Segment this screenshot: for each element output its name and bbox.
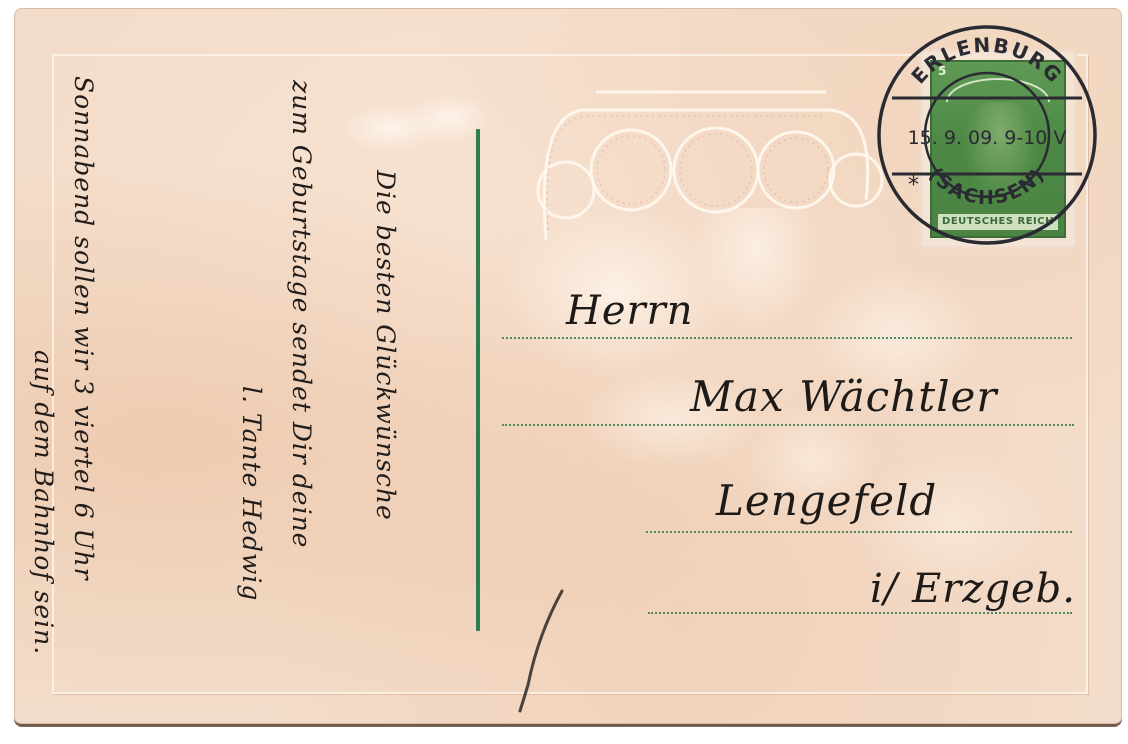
divider-line — [476, 129, 480, 631]
stamp-country-text: DEUTSCHES REICH — [938, 214, 1058, 230]
address-salutation: Herrn — [566, 288, 694, 334]
stamp-design: 5 DEUTSCHES REICH — [930, 60, 1066, 238]
address-line-4 — [648, 612, 1072, 614]
embossed-ornament — [526, 80, 886, 260]
address-line-1 — [502, 337, 1072, 339]
germania-figure-icon — [960, 102, 1040, 202]
message-line-2: zum Geburtstage sendet Dir deine — [287, 80, 316, 548]
address-name: Max Wächtler — [690, 372, 997, 421]
postage-stamp: 5 DEUTSCHES REICH — [922, 52, 1074, 246]
address-line-2 — [502, 424, 1074, 426]
stamp-arch — [946, 78, 1050, 102]
message-line-3: l. Tante Hedwig — [237, 386, 266, 601]
address-region: i/ Erzgeb. — [870, 566, 1076, 612]
stamp-value: 5 — [938, 64, 946, 78]
message-line-4: Sonnabend sollen wir 3 viertel 6 Uhr — [69, 76, 98, 581]
address-town: Lengefeld — [716, 476, 937, 525]
message-line-1: Die besten Glückwünsche — [371, 170, 400, 521]
address-line-3 — [646, 531, 1072, 533]
message-line-5: auf dem Bahnhof sein. — [29, 350, 58, 655]
embossed-leaf-decoration — [344, 78, 494, 178]
